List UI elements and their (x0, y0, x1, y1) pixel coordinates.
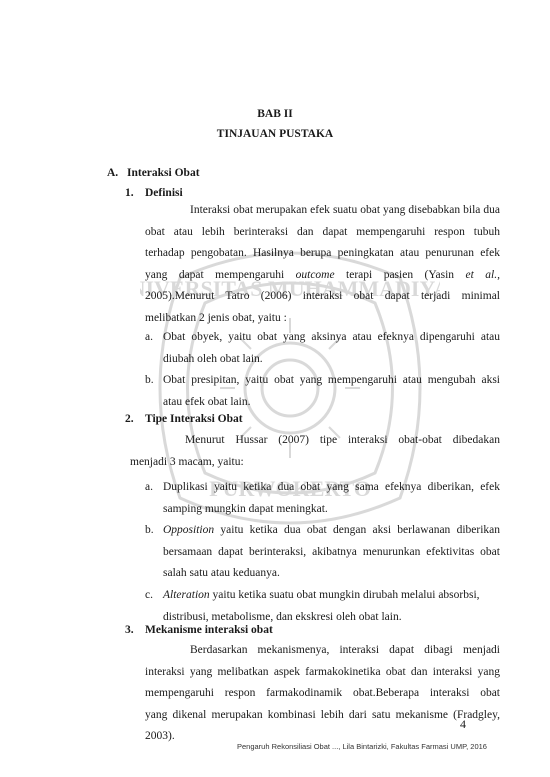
subsection-number: 2. (125, 413, 145, 425)
section-a-title: Interaksi Obat (127, 167, 200, 179)
section-a-heading: A.Interaksi Obat (107, 167, 200, 179)
subsection-title: Tipe Interaksi Obat (145, 413, 243, 425)
list-line: Obat obyek, yaitu obat yang aksinya atau… (163, 327, 500, 349)
emphasis-text: Alteration (163, 589, 210, 601)
subsection-1-heading: 1.Definisi (125, 187, 183, 199)
list-line: diubah oleh obat lain. (163, 349, 500, 371)
paragraph-line: 2005).Menurut Tatro (2006) interaksi oba… (145, 286, 500, 308)
paragraph-line: terhadap pengobatan. Hasilnya berupa pen… (145, 243, 500, 265)
subsection-title: Mekanisme interaksi obat (145, 624, 273, 636)
list-line: samping mungkin dapat meningkat. (163, 499, 500, 521)
paragraph-line: menjadi 3 macam, yaitu: (130, 452, 500, 474)
paragraph-line: mempengaruhi respon farmakodinamik obat.… (145, 683, 500, 705)
document-page: UNIVERSITAS MUHAMMADIYAH PURWOKERTO BAB … (0, 0, 550, 777)
list-line: bersamaan dapat berinteraksi, akibatnya … (163, 542, 500, 564)
list-line: Obat presipitan, yaitu obat yang mempeng… (163, 370, 500, 392)
chapter-label: BAB II (0, 108, 550, 120)
list-line: Opposition yaitu ketika dua obat dengan … (163, 520, 500, 542)
list-line: salah satu atau keduanya. (163, 563, 500, 585)
paragraph-line: Interaksi obat merupakan efek suatu obat… (145, 200, 500, 222)
paragraph-line: interaksi yang melibatkan aspek farmakok… (145, 662, 500, 684)
mekanisme-paragraph: Berdasarkan mekanismenya, interaksi dapa… (145, 640, 500, 748)
subsection-2-heading: 2.Tipe Interaksi Obat (125, 413, 243, 425)
paragraph-line: yang dapat mempengaruhi outcome terapi p… (145, 265, 500, 287)
list-line: atau efek obat lain. (163, 392, 500, 414)
list-marker: a. (145, 477, 153, 499)
emphasis-text: Opposition (163, 524, 214, 536)
definisi-paragraph: Interaksi obat merupakan efek suatu obat… (145, 200, 500, 329)
paragraph-line: Berdasarkan mekanismenya, interaksi dapa… (145, 640, 500, 662)
list-marker: c. (145, 585, 153, 607)
tipe-paragraph: Menurut Hussar (2007) tipe interaksi oba… (130, 430, 500, 473)
section-a-label: A. (107, 167, 127, 179)
subsection-number: 3. (125, 624, 145, 636)
paragraph-line: melibatkan 2 jenis obat, yaitu : (145, 308, 500, 330)
list-marker: b. (145, 520, 154, 542)
emphasis-text: et al., (466, 269, 500, 281)
paragraph-line: Menurut Hussar (2007) tipe interaksi oba… (130, 430, 500, 452)
text-segment: yang dapat mempengaruhi (145, 269, 296, 281)
list-marker: b. (145, 370, 154, 392)
list-line: Duplikasi yaitu ketika dua obat yang sam… (163, 477, 500, 499)
text-segment: yaitu ketika dua obat dengan aksi berlaw… (214, 524, 500, 536)
subsection-3-title-row: 3.Mekanisme interaksi obat (125, 624, 273, 636)
text-segment: terapi pasien (Yasin (335, 269, 466, 281)
emphasis-text: outcome (296, 269, 335, 281)
page-footer: Pengaruh Rekonsiliasi Obat ..., Lila Bin… (237, 742, 487, 751)
subsection-number: 1. (125, 187, 145, 199)
page-number: 4 (460, 717, 466, 732)
list-marker: a. (145, 327, 153, 349)
text-segment: yaitu ketika suatu obat mungkin dirubah … (210, 589, 480, 601)
paragraph-line: obat atau lebih berinteraksi dan dapat m… (145, 222, 500, 244)
paragraph-line: yang dikenal merupakan kombinasi lebih d… (145, 705, 500, 727)
chapter-title: TINJAUAN PUSTAKA (0, 128, 550, 140)
list-line: Alteration yaitu ketika suatu obat mungk… (163, 585, 500, 607)
subsection-title: Definisi (145, 187, 183, 199)
